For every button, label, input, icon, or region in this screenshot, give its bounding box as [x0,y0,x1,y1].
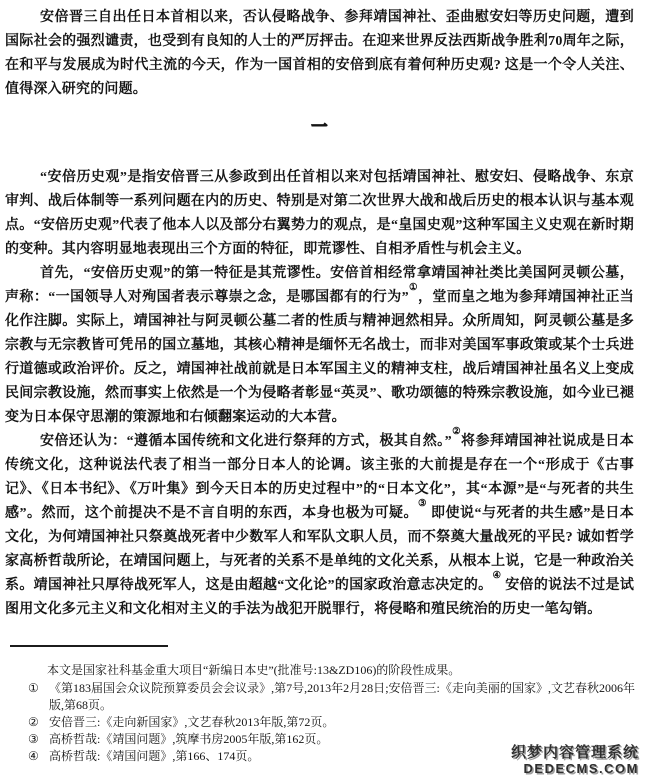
paragraph-absurdity-yasukuni: 首先，“安倍历史观”的第一特征是其荒谬性。安倍首相经常拿靖国神社类比美国阿灵顿公… [5,262,634,430]
section-divider-one: 一 [5,117,634,139]
article-body: 安倍晋三自出任日本首相以来，否认侵略战争、参拜靖国神社、歪曲慰安妇等历史问题，遭… [5,6,634,622]
footnote-reference: ② [452,427,461,437]
document-page: 安倍晋三自出任日本首相以来，否认侵略战争、参拜靖国神社、歪曲慰安妇等历史问题，遭… [0,0,646,781]
paragraph-culture-argument: 安倍还认为：“遵循本国传统和文化进行祭拜的方式，极其自然。”②将参拜靖国神社说成… [5,430,634,622]
footnote-text: 安倍晋三:《走向新国家》,文艺春秋2013年版,第72页。 [49,714,635,731]
footnote-separator [10,645,168,647]
footnote-marker: ④ [28,748,49,765]
watermark-chinese-label: 织梦内容管理系统 [511,744,639,761]
footnote-marker: ③ [28,731,49,748]
paragraph-definition: “安倍历史观”是指安倍晋三从参政到出任首相以来对包括靖国神社、慰安妇、侵略战争、… [5,166,634,262]
footnote-item: ② 安倍晋三:《走向新国家》,文艺春秋2013年版,第72页。 [28,714,635,731]
watermark-domain-label: DEDECMS.COM [511,761,639,776]
footnote-reference: ① [409,283,418,293]
paragraph-intro: 安倍晋三自出任日本首相以来，否认侵略战争、参拜靖国神社、歪曲慰安妇等历史问题，遭… [5,6,634,102]
watermark: 织梦内容管理系统 DEDECMS.COM [511,744,639,776]
footnote-marker: ① [28,680,49,697]
footnote-item: ① 《第183届国会众议院预算委员会会议录》,第7号,2013年2月28日;安倍… [28,680,635,714]
footnote-text: 《第183届国会众议院预算委员会会议录》,第7号,2013年2月28日;安倍晋三… [49,680,635,714]
footnote-marker: ② [28,714,49,731]
footnote-reference: ③ [418,499,427,509]
footnote-reference: ④ [493,571,502,581]
footnote-acknowledgment: 本文是国家社科基金重大项目“新编日本史”(批准号:13&ZD106)的阶段性成果… [5,662,635,679]
